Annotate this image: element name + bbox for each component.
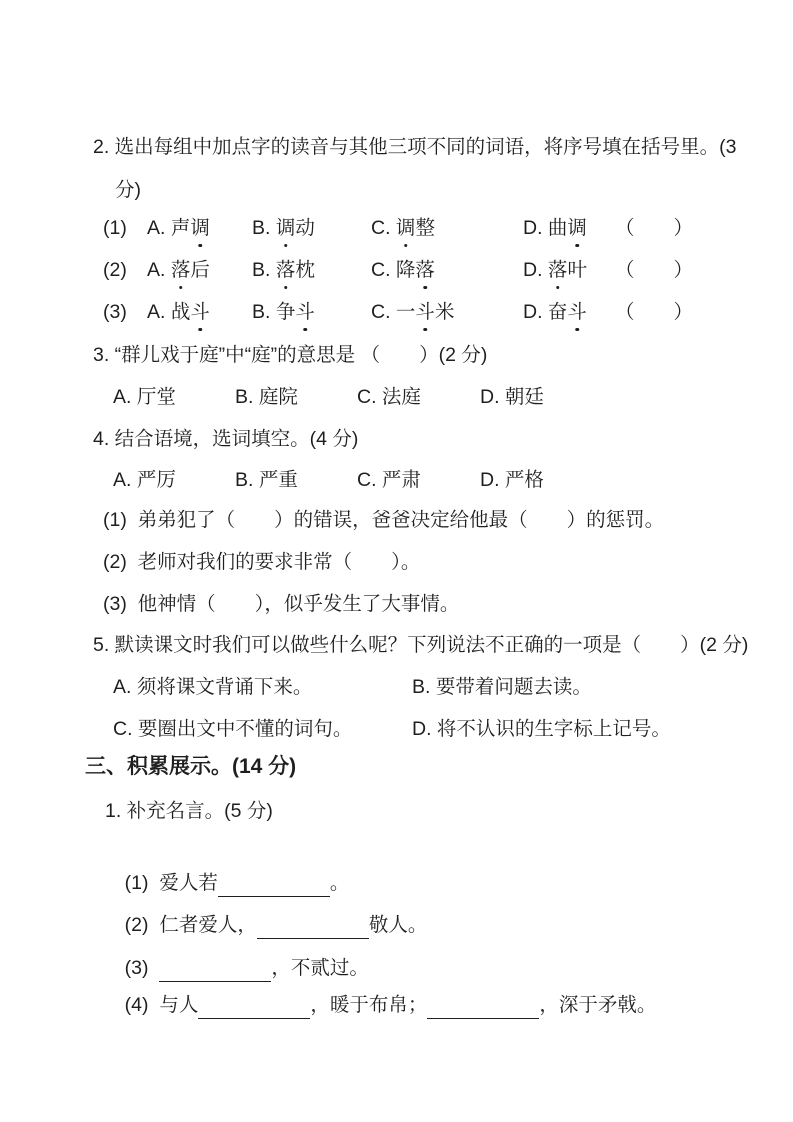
option-text-segment: 整 bbox=[415, 217, 435, 239]
choice-option-c: C. 一斗米 bbox=[371, 298, 454, 326]
question-5-choices-row-2: C. 要圈出文中不懂的词句。 D. 将不认识的生字标上记号。 bbox=[113, 715, 753, 743]
fill-in-blank bbox=[198, 994, 310, 1019]
fill-item-text: ，深于矛戟。 bbox=[539, 994, 656, 1016]
choice-option-a: A. 战斗 bbox=[147, 298, 210, 326]
emphasis-dotted-char: 落 bbox=[276, 256, 296, 284]
fill-item-text: (4) 与人 bbox=[125, 994, 199, 1016]
question-2-stem-line1: 2. 选出每组中加点字的读音与其他三项不同的词语，将序号填在括号里。(3 bbox=[93, 133, 737, 161]
option-text-segment: C. bbox=[371, 217, 396, 239]
question-5-choices-row-1: A. 须将课文背诵下来。 B. 要带着问题去读。 bbox=[113, 673, 753, 701]
choice-option-d: D. 曲调 bbox=[523, 214, 587, 242]
s3-fill-item-3: (3) ，不贰过。 bbox=[103, 926, 369, 954]
choice-option-d: D. 严格 bbox=[480, 466, 544, 494]
item-number: (1) bbox=[103, 214, 127, 242]
question-3-stem: 3. “群儿戏于庭”中“庭”的意思是 （ ）(2 分) bbox=[93, 341, 487, 369]
option-text-segment: A. 声 bbox=[147, 217, 190, 239]
answer-bracket: （ ） bbox=[615, 256, 693, 284]
option-text-segment: B. bbox=[252, 259, 276, 281]
choice-option-d: D. 奋斗 bbox=[523, 298, 587, 326]
choice-option-d: D. 将不认识的生字标上记号。 bbox=[412, 715, 671, 743]
option-text-segment: D. bbox=[523, 259, 548, 281]
choice-option-a: A. 须将课文背诵下来。 bbox=[113, 673, 312, 701]
choice-option-c: C. 法庭 bbox=[357, 383, 421, 411]
fill-item-text: ，暖于布帛； bbox=[310, 994, 427, 1016]
item-number: (2) bbox=[103, 256, 127, 284]
choice-option-a: A. 严厉 bbox=[113, 466, 176, 494]
choice-option-d: D. 朝廷 bbox=[480, 383, 544, 411]
question-2-stem-line2: 分) bbox=[115, 176, 141, 204]
choice-option-b: B. 争斗 bbox=[252, 298, 315, 326]
question-2-choice-row-3: (3) A. 战斗 B. 争斗 C. 一斗米 D. 奋斗 （ ） bbox=[103, 298, 763, 326]
choice-option-c: C. 调整 bbox=[371, 214, 435, 242]
option-text-segment: 后 bbox=[190, 259, 210, 281]
option-text-segment: 叶 bbox=[567, 259, 587, 281]
emphasis-dotted-char: 调 bbox=[276, 214, 296, 242]
choice-option-a: A. 厅堂 bbox=[113, 383, 176, 411]
choice-option-d: D. 落叶 bbox=[523, 256, 587, 284]
fill-item-text: 敬人。 bbox=[369, 914, 428, 936]
option-text-segment: 动 bbox=[295, 217, 315, 239]
emphasis-dotted-char: 调 bbox=[396, 214, 416, 242]
question-5-stem: 5. 默读课文时我们可以做些什么呢？下列说法不正确的一项是（ ）(2 分) bbox=[93, 631, 748, 659]
question-3-choices: A. 厅堂 B. 庭院 C. 法庭 D. 朝廷 bbox=[113, 383, 753, 411]
choice-option-b: B. 严重 bbox=[235, 466, 298, 494]
option-text-segment: C. 一 bbox=[371, 301, 415, 323]
option-text-segment: B. bbox=[252, 217, 276, 239]
item-number: (3) bbox=[103, 298, 127, 326]
emphasis-dotted-char: 斗 bbox=[190, 298, 210, 326]
choice-option-b: B. 要带着问题去读。 bbox=[412, 673, 592, 701]
emphasis-dotted-char: 调 bbox=[567, 214, 587, 242]
option-text-segment: 米 bbox=[435, 301, 455, 323]
emphasis-dotted-char: 落 bbox=[415, 256, 435, 284]
question-4-item-2: (2) 老师对我们的要求非常（ ）。 bbox=[103, 548, 420, 576]
option-text-segment: A. 战 bbox=[147, 301, 190, 323]
choice-option-a: A. 声调 bbox=[147, 214, 210, 242]
fill-in-blank bbox=[427, 994, 539, 1019]
option-text-segment: D. 奋 bbox=[523, 301, 567, 323]
s3-fill-item-4: (4) 与人，暖于布帛；，深于矛戟。 bbox=[103, 963, 656, 991]
question-2-choice-row-2: (2) A. 落后 B. 落枕 C. 降落 D. 落叶 （ ） bbox=[103, 256, 763, 284]
s3-fill-item-1: (1) 爱人若。 bbox=[103, 841, 349, 869]
choice-option-b: B. 调动 bbox=[252, 214, 315, 242]
emphasis-dotted-char: 斗 bbox=[567, 298, 587, 326]
choice-option-c: C. 严肃 bbox=[357, 466, 421, 494]
option-text-segment: A. bbox=[147, 259, 171, 281]
choice-option-b: B. 庭院 bbox=[235, 383, 298, 411]
answer-bracket: （ ） bbox=[615, 214, 693, 242]
choice-option-c: C. 要圈出文中不懂的词句。 bbox=[113, 715, 352, 743]
question-2-choice-row-1: (1) A. 声调 B. 调动 C. 调整 D. 曲调 （ ） bbox=[103, 214, 763, 242]
option-text-segment: B. 争 bbox=[252, 301, 295, 323]
section-3-heading: 三、积累展示。(14 分) bbox=[85, 753, 296, 781]
emphasis-dotted-char: 斗 bbox=[415, 298, 435, 326]
question-4-stem: 4. 结合语境，选词填空。(4 分) bbox=[93, 425, 358, 453]
exam-paper-page: 2. 选出每组中加点字的读音与其他三项不同的词语，将序号填在括号里。(3 分) … bbox=[0, 0, 793, 1122]
answer-bracket: （ ） bbox=[615, 298, 693, 326]
emphasis-dotted-char: 斗 bbox=[295, 298, 315, 326]
question-4-item-3: (3) 他神情（ ），似乎发生了大事情。 bbox=[103, 590, 459, 618]
choice-option-a: A. 落后 bbox=[147, 256, 210, 284]
choice-option-c: C. 降落 bbox=[371, 256, 435, 284]
option-text-segment: D. 曲 bbox=[523, 217, 567, 239]
option-text-segment: C. 降 bbox=[371, 259, 415, 281]
emphasis-dotted-char: 落 bbox=[171, 256, 191, 284]
s3-question-1-stem: 1. 补充名言。(5 分) bbox=[105, 797, 273, 825]
choice-option-b: B. 落枕 bbox=[252, 256, 315, 284]
s3-fill-item-2: (2) 仁者爱人，敬人。 bbox=[103, 883, 427, 911]
emphasis-dotted-char: 落 bbox=[548, 256, 568, 284]
question-4-choices: A. 严厉 B. 严重 C. 严肃 D. 严格 bbox=[113, 466, 753, 494]
option-text-segment: 枕 bbox=[295, 259, 315, 281]
question-4-item-1: (1) 弟弟犯了（ ）的错误，爸爸决定给他最（ ）的惩罚。 bbox=[103, 506, 664, 534]
emphasis-dotted-char: 调 bbox=[190, 214, 210, 242]
